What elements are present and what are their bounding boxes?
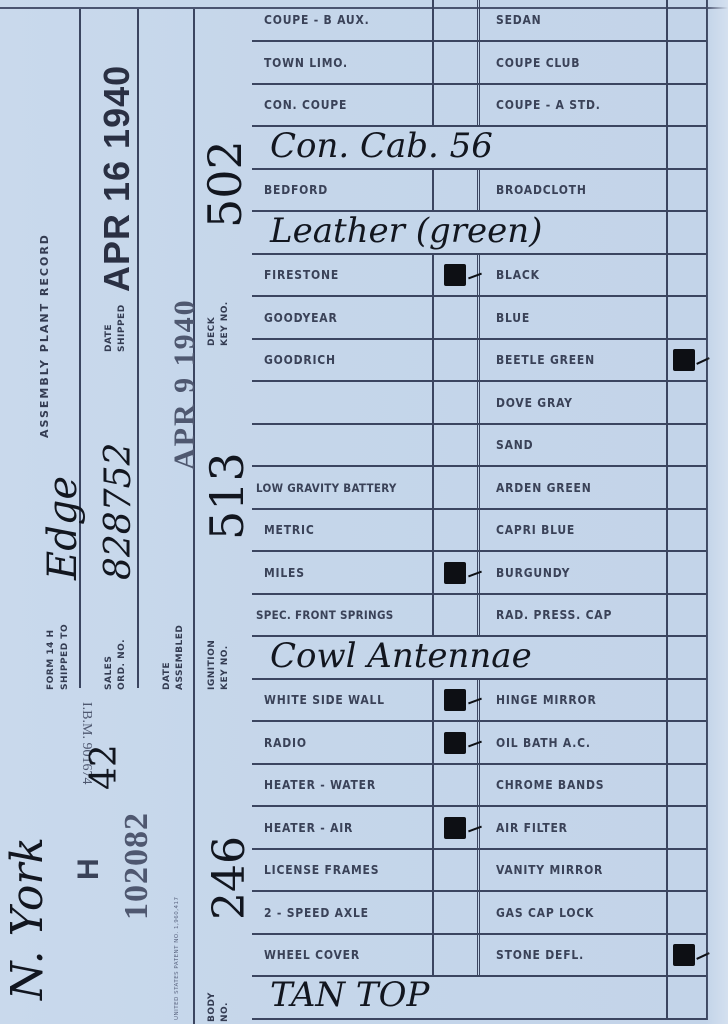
left-mark-cell	[434, 425, 480, 465]
right-mark-cell	[668, 722, 708, 762]
body-no-label-2: NO.	[220, 1002, 230, 1022]
option-row: WHITE SIDE WALLHINGE MIRROR	[252, 680, 708, 722]
ignition-key-label-2: KEY NO.	[220, 645, 230, 690]
right-option-label: BLACK	[496, 268, 540, 282]
option-row: 2 - SPEED AXLEGAS CAP LOCK	[252, 892, 708, 934]
right-option-label: VANITY MIRROR	[496, 863, 603, 877]
checkmark-box-icon	[444, 562, 466, 584]
left-option-label: SPEC. FRONT SPRINGS	[256, 608, 394, 622]
date-assembled-value: APR 9 1940	[168, 298, 202, 470]
checkmark-box-icon	[444, 264, 466, 286]
rule-line	[193, 8, 195, 1024]
left-mark-cell	[434, 850, 480, 890]
option-row: FIRESTONEBLACK	[252, 255, 708, 297]
left-option-cell: MILES	[252, 552, 434, 592]
option-row: GOODYEARBLUE	[252, 297, 708, 339]
left-option-cell: HEATER - AIR	[252, 807, 434, 847]
left-mark-cell	[434, 510, 480, 550]
left-option-label: GOODRICH	[264, 353, 336, 367]
left-mark-cell	[434, 935, 480, 975]
tick-stroke-icon	[468, 273, 482, 280]
left-option-cell: 2 - SPEED AXLE	[252, 892, 434, 932]
handwritten-row: TAN TOP	[252, 977, 708, 1019]
right-option-cell: AIR FILTER	[484, 807, 668, 847]
left-option-cell: WHITE SIDE WALL	[252, 680, 434, 720]
right-option-label: GAS CAP LOCK	[496, 906, 594, 920]
option-row: COUPE - B AUX.SEDAN	[252, 0, 708, 42]
left-option-cell: GOODYEAR	[252, 297, 434, 337]
handwritten-note: TAN TOP	[270, 975, 429, 1015]
checkmark-box-icon	[444, 689, 466, 711]
handwritten-note: Cowl Antennae	[270, 636, 532, 676]
option-row: SAND	[252, 425, 708, 467]
left-mark-cell	[434, 722, 480, 762]
right-mark-cell	[668, 340, 708, 380]
right-option-cell: SEDAN	[484, 0, 668, 40]
handwritten-number: 42	[84, 744, 125, 790]
right-option-cell: OIL BATH A.C.	[484, 722, 668, 762]
date-shipped-value: APR 16 1940	[96, 65, 138, 292]
right-option-cell: RAD. PRESS. CAP	[484, 595, 668, 635]
right-option-label: STONE DEFL.	[496, 948, 584, 962]
right-option-label: SAND	[496, 438, 533, 452]
sales-ord-label: SALES	[104, 656, 114, 690]
right-mark-cell	[668, 552, 708, 592]
right-option-label: COUPE - A STD.	[496, 98, 601, 112]
ignition-key-label: IGNITION	[207, 640, 217, 690]
date-assembled-label-2: ASSEMBLED	[175, 625, 185, 690]
form-label: FORM 14 H	[46, 629, 56, 690]
date-shipped-label-2: SHIPPED	[117, 304, 127, 352]
mark-cell	[668, 127, 708, 167]
right-mark-cell	[668, 510, 708, 550]
right-option-label: OIL BATH A.C.	[496, 736, 591, 750]
option-row: LOW GRAVITY BATTERYARDEN GREEN	[252, 467, 708, 509]
right-mark-cell	[668, 297, 708, 337]
left-option-cell: WHEEL COVER	[252, 935, 434, 975]
handwritten-row: Cowl Antennae	[252, 637, 708, 679]
right-mark-cell	[668, 42, 708, 82]
option-row: DOVE GRAY	[252, 382, 708, 424]
left-option-label: COUPE - B AUX.	[264, 13, 370, 27]
left-option-label: BEDFORD	[264, 183, 328, 197]
sales-ord-label-2: ORD. NO.	[117, 639, 127, 690]
body-no-label: BODY	[207, 992, 217, 1022]
left-mark-cell	[434, 680, 480, 720]
tick-stroke-icon	[696, 952, 710, 960]
left-option-label: CON. COUPE	[264, 98, 347, 112]
tick-stroke-icon	[468, 740, 482, 747]
left-option-cell: HEATER - WATER	[252, 765, 434, 805]
right-mark-cell	[668, 680, 708, 720]
right-option-label: RAD. PRESS. CAP	[496, 608, 612, 622]
right-option-label: BROADCLOTH	[496, 183, 587, 197]
option-row: BEDFORDBROADCLOTH	[252, 170, 708, 212]
option-row: RADIOOIL BATH A.C.	[252, 722, 708, 764]
option-row: WHEEL COVERSTONE DEFL.	[252, 935, 708, 977]
mark-cell	[668, 212, 708, 252]
left-option-label: WHITE SIDE WALL	[264, 693, 385, 707]
left-mark-cell	[434, 297, 480, 337]
patent-text: UNITED STATES PATENT NO. 1,960,417	[174, 897, 180, 1020]
checkmark-box-icon	[444, 732, 466, 754]
left-option-cell	[252, 425, 434, 465]
right-option-label: ARDEN GREEN	[496, 481, 592, 495]
shipped-to-value: Edge	[40, 476, 86, 580]
serial-number: 102082	[118, 812, 156, 920]
handwritten-row: Con. Cab. 56	[252, 127, 708, 169]
left-option-cell: TOWN LIMO.	[252, 42, 434, 82]
rule-line	[79, 8, 81, 688]
left-mark-cell	[434, 765, 480, 805]
options-table: COUPE - B AUX.SEDANTOWN LIMO.COUPE CLUBC…	[252, 0, 708, 1024]
right-option-cell: BEETLE GREEN	[484, 340, 668, 380]
left-mark-cell	[434, 170, 480, 210]
right-option-cell: BURGUNDY	[484, 552, 668, 592]
option-row: METRICCAPRI BLUE	[252, 510, 708, 552]
option-row: GOODRICHBEETLE GREEN	[252, 340, 708, 382]
option-row: HEATER - WATERCHROME BANDS	[252, 765, 708, 807]
date-shipped-label: DATE	[104, 324, 114, 352]
right-option-cell: SAND	[484, 425, 668, 465]
right-mark-cell	[668, 85, 708, 125]
right-mark-cell	[668, 892, 708, 932]
left-mark-cell	[434, 892, 480, 932]
handwritten-cell: Cowl Antennae	[252, 637, 668, 677]
left-option-label: FIRESTONE	[264, 268, 339, 282]
left-option-label: LOW GRAVITY BATTERY	[256, 481, 397, 495]
left-option-cell: BEDFORD	[252, 170, 434, 210]
checkmark-box-icon	[444, 817, 466, 839]
right-option-label: CAPRI BLUE	[496, 523, 575, 537]
right-option-cell: ARDEN GREEN	[484, 467, 668, 507]
left-mark-cell	[434, 0, 480, 40]
ignition-key-value: 513	[200, 452, 254, 540]
left-option-label: TOWN LIMO.	[264, 56, 348, 70]
right-option-cell: DOVE GRAY	[484, 382, 668, 422]
left-option-cell: SPEC. FRONT SPRINGS	[252, 595, 434, 635]
left-option-cell: LOW GRAVITY BATTERY	[252, 467, 434, 507]
left-mark-cell	[434, 85, 480, 125]
right-option-cell: GAS CAP LOCK	[484, 892, 668, 932]
right-mark-cell	[668, 170, 708, 210]
right-option-cell: COUPE CLUB	[484, 42, 668, 82]
tick-stroke-icon	[468, 570, 482, 577]
right-option-label: AIR FILTER	[496, 821, 568, 835]
right-mark-cell	[668, 255, 708, 295]
left-option-cell	[252, 382, 434, 422]
option-row: HEATER - AIRAIR FILTER	[252, 807, 708, 849]
right-option-cell: VANITY MIRROR	[484, 850, 668, 890]
tick-stroke-icon	[468, 698, 482, 705]
option-row: MILESBURGUNDY	[252, 552, 708, 594]
left-option-label: LICENSE FRAMES	[264, 863, 379, 877]
left-option-cell: FIRESTONE	[252, 255, 434, 295]
mark-cell	[668, 637, 708, 677]
right-option-label: COUPE CLUB	[496, 56, 580, 70]
right-mark-cell	[668, 935, 708, 975]
left-mark-cell	[434, 467, 480, 507]
left-option-label: WHEEL COVER	[264, 948, 360, 962]
left-option-cell: GOODRICH	[252, 340, 434, 380]
left-mark-cell	[434, 595, 480, 635]
card-title: ASSEMBLY PLANT RECORD	[38, 233, 51, 438]
right-option-cell: BLUE	[484, 297, 668, 337]
handwritten-note: Con. Cab. 56	[270, 126, 493, 166]
left-mark-cell	[434, 552, 480, 592]
left-mark-cell	[434, 382, 480, 422]
left-option-cell: CON. COUPE	[252, 85, 434, 125]
right-option-cell: COUPE - A STD.	[484, 85, 668, 125]
left-option-label: RADIO	[264, 736, 307, 750]
right-mark-cell	[668, 850, 708, 890]
right-mark-cell	[668, 425, 708, 465]
option-row: LICENSE FRAMESVANITY MIRROR	[252, 850, 708, 892]
handwritten-cell: Con. Cab. 56	[252, 127, 668, 167]
checkmark-box-icon	[673, 944, 695, 966]
right-option-cell: STONE DEFL.	[484, 935, 668, 975]
left-mark-cell	[434, 340, 480, 380]
shipped-to-label: SHIPPED TO	[60, 624, 70, 690]
right-option-cell: BLACK	[484, 255, 668, 295]
destination-value: N. York	[2, 837, 53, 1000]
right-option-label: CHROME BANDS	[496, 778, 604, 792]
right-mark-cell	[668, 467, 708, 507]
left-option-label: MILES	[264, 566, 305, 580]
right-option-label: SEDAN	[496, 13, 542, 27]
mark-cell	[668, 977, 708, 1017]
left-option-label: METRIC	[264, 523, 315, 537]
right-option-label: HINGE MIRROR	[496, 693, 597, 707]
handwritten-note: Leather (green)	[270, 211, 542, 251]
sales-ord-value: 828752	[98, 443, 139, 580]
left-option-cell: LICENSE FRAMES	[252, 850, 434, 890]
assembly-plant-record-card: ASSEMBLY PLANT RECORD FORM 14 H SHIPPED …	[0, 0, 728, 1024]
right-option-cell: CAPRI BLUE	[484, 510, 668, 550]
right-option-label: BLUE	[496, 311, 530, 325]
right-mark-cell	[668, 765, 708, 805]
deck-key-label: DECK	[207, 317, 217, 346]
handwritten-cell: TAN TOP	[252, 977, 668, 1017]
handwritten-row: Leather (green)	[252, 212, 708, 254]
left-mark-cell	[434, 255, 480, 295]
right-mark-cell	[668, 595, 708, 635]
tick-stroke-icon	[468, 825, 482, 832]
option-row: CON. COUPECOUPE - A STD.	[252, 85, 708, 127]
left-option-label: 2 - SPEED AXLE	[264, 906, 369, 920]
right-option-cell: CHROME BANDS	[484, 765, 668, 805]
left-option-label: GOODYEAR	[264, 311, 338, 325]
body-no-value: 246	[204, 836, 255, 920]
checkmark-box-icon	[673, 349, 695, 371]
right-option-cell: BROADCLOTH	[484, 170, 668, 210]
option-row: TOWN LIMO.COUPE CLUB	[252, 42, 708, 84]
left-option-cell: METRIC	[252, 510, 434, 550]
option-row: SPEC. FRONT SPRINGSRAD. PRESS. CAP	[252, 595, 708, 637]
right-option-label: BEETLE GREEN	[496, 353, 595, 367]
right-mark-cell	[668, 807, 708, 847]
left-mark-cell	[434, 42, 480, 82]
right-mark-cell	[668, 382, 708, 422]
serial-prefix: H	[72, 858, 106, 880]
left-option-cell: COUPE - B AUX.	[252, 0, 434, 40]
left-option-label: HEATER - AIR	[264, 821, 353, 835]
right-option-label: BURGUNDY	[496, 566, 570, 580]
tick-stroke-icon	[696, 357, 710, 365]
left-option-label: HEATER - WATER	[264, 778, 376, 792]
handwritten-cell: Leather (green)	[252, 212, 668, 252]
right-option-cell: HINGE MIRROR	[484, 680, 668, 720]
deck-key-value: 502	[198, 140, 252, 228]
date-assembled-label: DATE	[162, 662, 172, 690]
right-mark-cell	[668, 0, 708, 40]
left-option-cell: RADIO	[252, 722, 434, 762]
deck-key-label-2: KEY NO.	[220, 301, 230, 346]
left-mark-cell	[434, 807, 480, 847]
right-option-label: DOVE GRAY	[496, 396, 573, 410]
